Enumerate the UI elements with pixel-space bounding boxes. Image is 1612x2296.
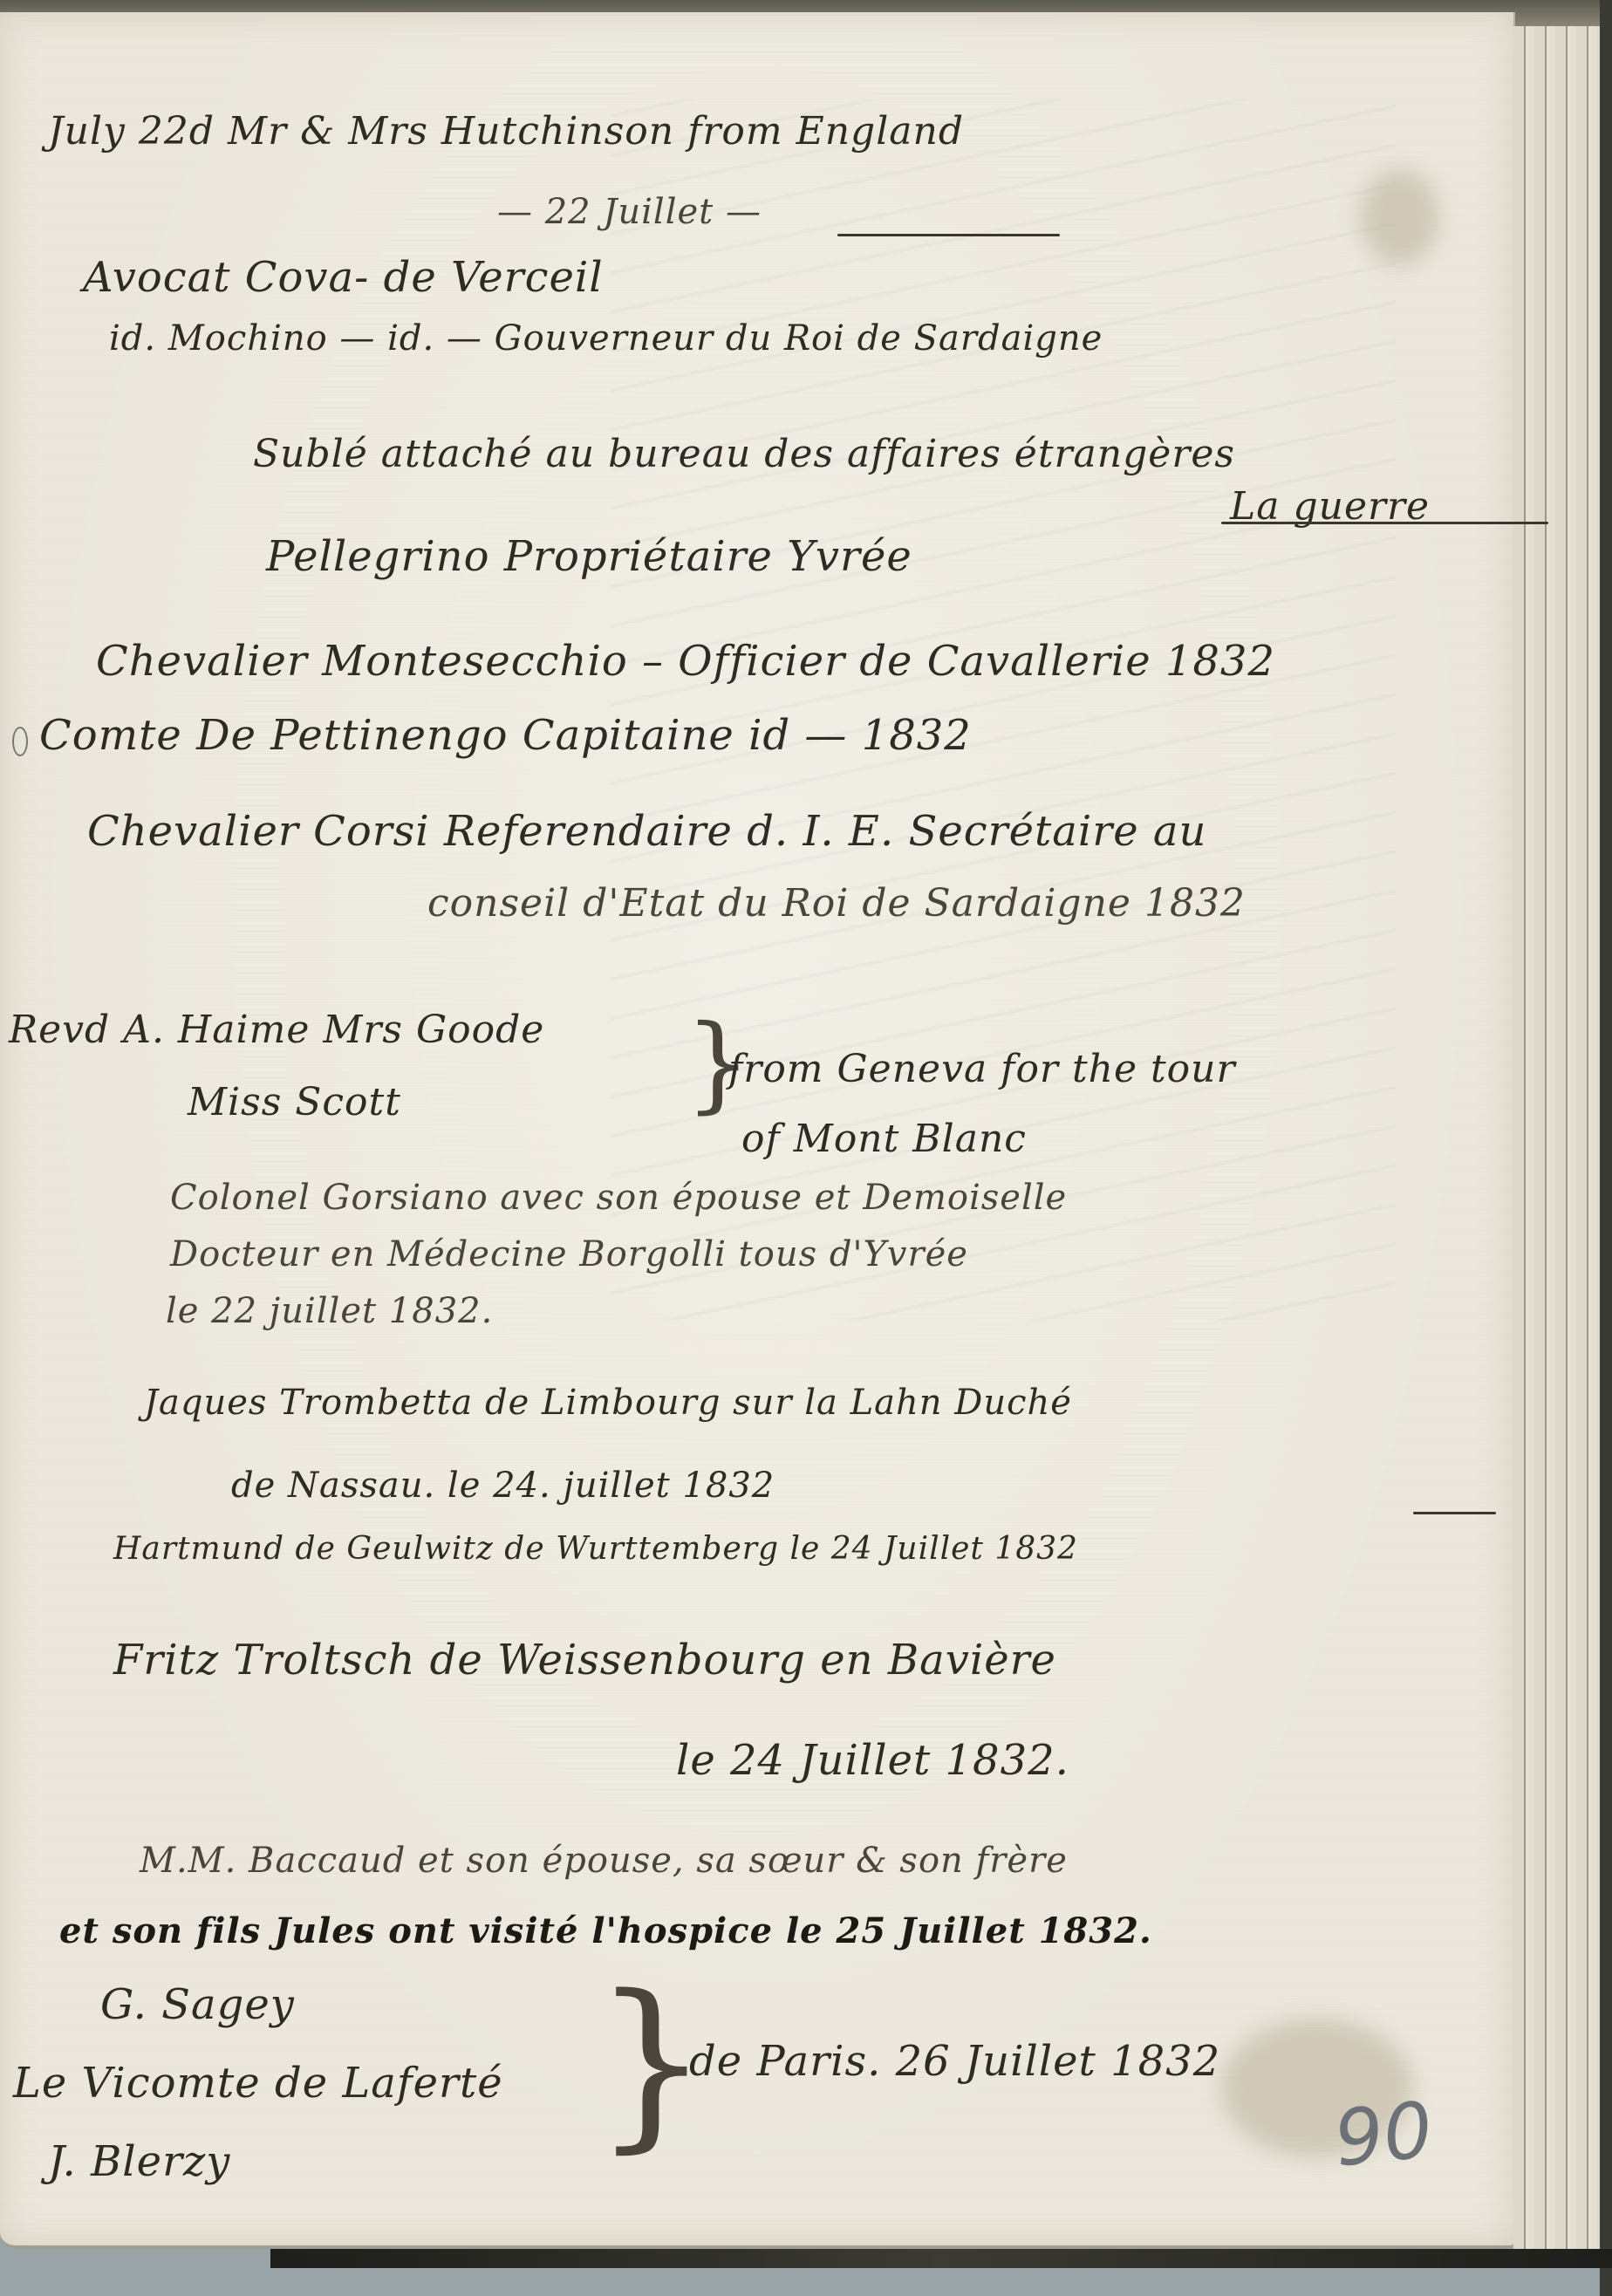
entry-mont-blanc: of Mont Blanc [741, 1117, 1027, 1161]
entry-pettinengo: Comte De Pettinengo Capitaine id — 1832 [39, 711, 972, 760]
book-bottom-edge [270, 2249, 1612, 2268]
entry-de-paris: de Paris. 26 Juillet 1832 [689, 2037, 1220, 2086]
entry-date-22-juillet-1832: le 22 juillet 1832. [166, 1291, 493, 1331]
entry-gorsiano: Colonel Gorsiano avec son épouse et Demo… [170, 1178, 1067, 1218]
entry-miss-scott: Miss Scott [188, 1080, 401, 1124]
entry-mochino: id. Mochino — id. — Gouverneur du Roi de… [109, 318, 1103, 359]
entry-date-24-juillet-1832: le 24 Juillet 1832. [676, 1736, 1069, 1785]
underline [1413, 1512, 1496, 1514]
entry-haime: Revd A. Haime Mrs Goode [9, 1008, 544, 1052]
pencil-mark [12, 727, 28, 756]
entry-nassau: de Nassau. le 24. juillet 1832 [231, 1466, 775, 1506]
entry-corsi-cont: conseil d'Etat du Roi de Sardaigne 1832 [427, 881, 1246, 926]
entry-date-22-juillet: — 22 Juillet — [497, 192, 762, 232]
entry-laferte: Le Vicomte de Laferté [13, 2059, 503, 2108]
entry-geulwitz: Hartmund de Geulwitz de Wurttemberg le 2… [113, 1531, 1078, 1567]
entry-borgolli: Docteur en Médecine Borgolli tous d'Yvré… [170, 1234, 968, 1274]
entry-from-geneva: from Geneva for the tour [728, 1047, 1236, 1091]
entry-hutchinson: July 22d Mr & Mrs Hutchinson from Englan… [48, 109, 964, 154]
book-cover-edge [1600, 0, 1612, 2296]
entry-blerzy: J. Blerzy [48, 2137, 230, 2186]
entry-suble: Sublé attaché au bureau des affaires étr… [253, 432, 1235, 476]
entry-baccaud: M.M. Baccaud et son épouse, sa sœur & so… [140, 1841, 1068, 1881]
entry-troltsch: Fritz Troltsch de Weissenbourg en Bavièr… [113, 1636, 1056, 1684]
entry-corsi: Chevalier Corsi Referendaire d. I. E. Se… [87, 807, 1206, 856]
entry-trombetta: Jaques Trombetta de Limbourg sur la Lahn… [144, 1383, 1072, 1423]
entry-montesecchio: Chevalier Montesecchio – Officier de Cav… [96, 637, 1275, 686]
entry-visite-hospice: et son fils Jules ont visité l'hospice l… [59, 1910, 1152, 1951]
entry-pellegrino: Pellegrino Propriétaire Yvrée [266, 532, 912, 581]
underline [837, 234, 1060, 236]
entry-cova: Avocat Cova- de Verceil [83, 253, 604, 302]
underline [1221, 522, 1548, 524]
folio-number: 90 [1330, 2084, 1437, 2183]
page-edges-stack [1513, 26, 1612, 2259]
entry-sagey: G. Sagey [100, 1980, 295, 2029]
water-stain [1361, 169, 1439, 265]
